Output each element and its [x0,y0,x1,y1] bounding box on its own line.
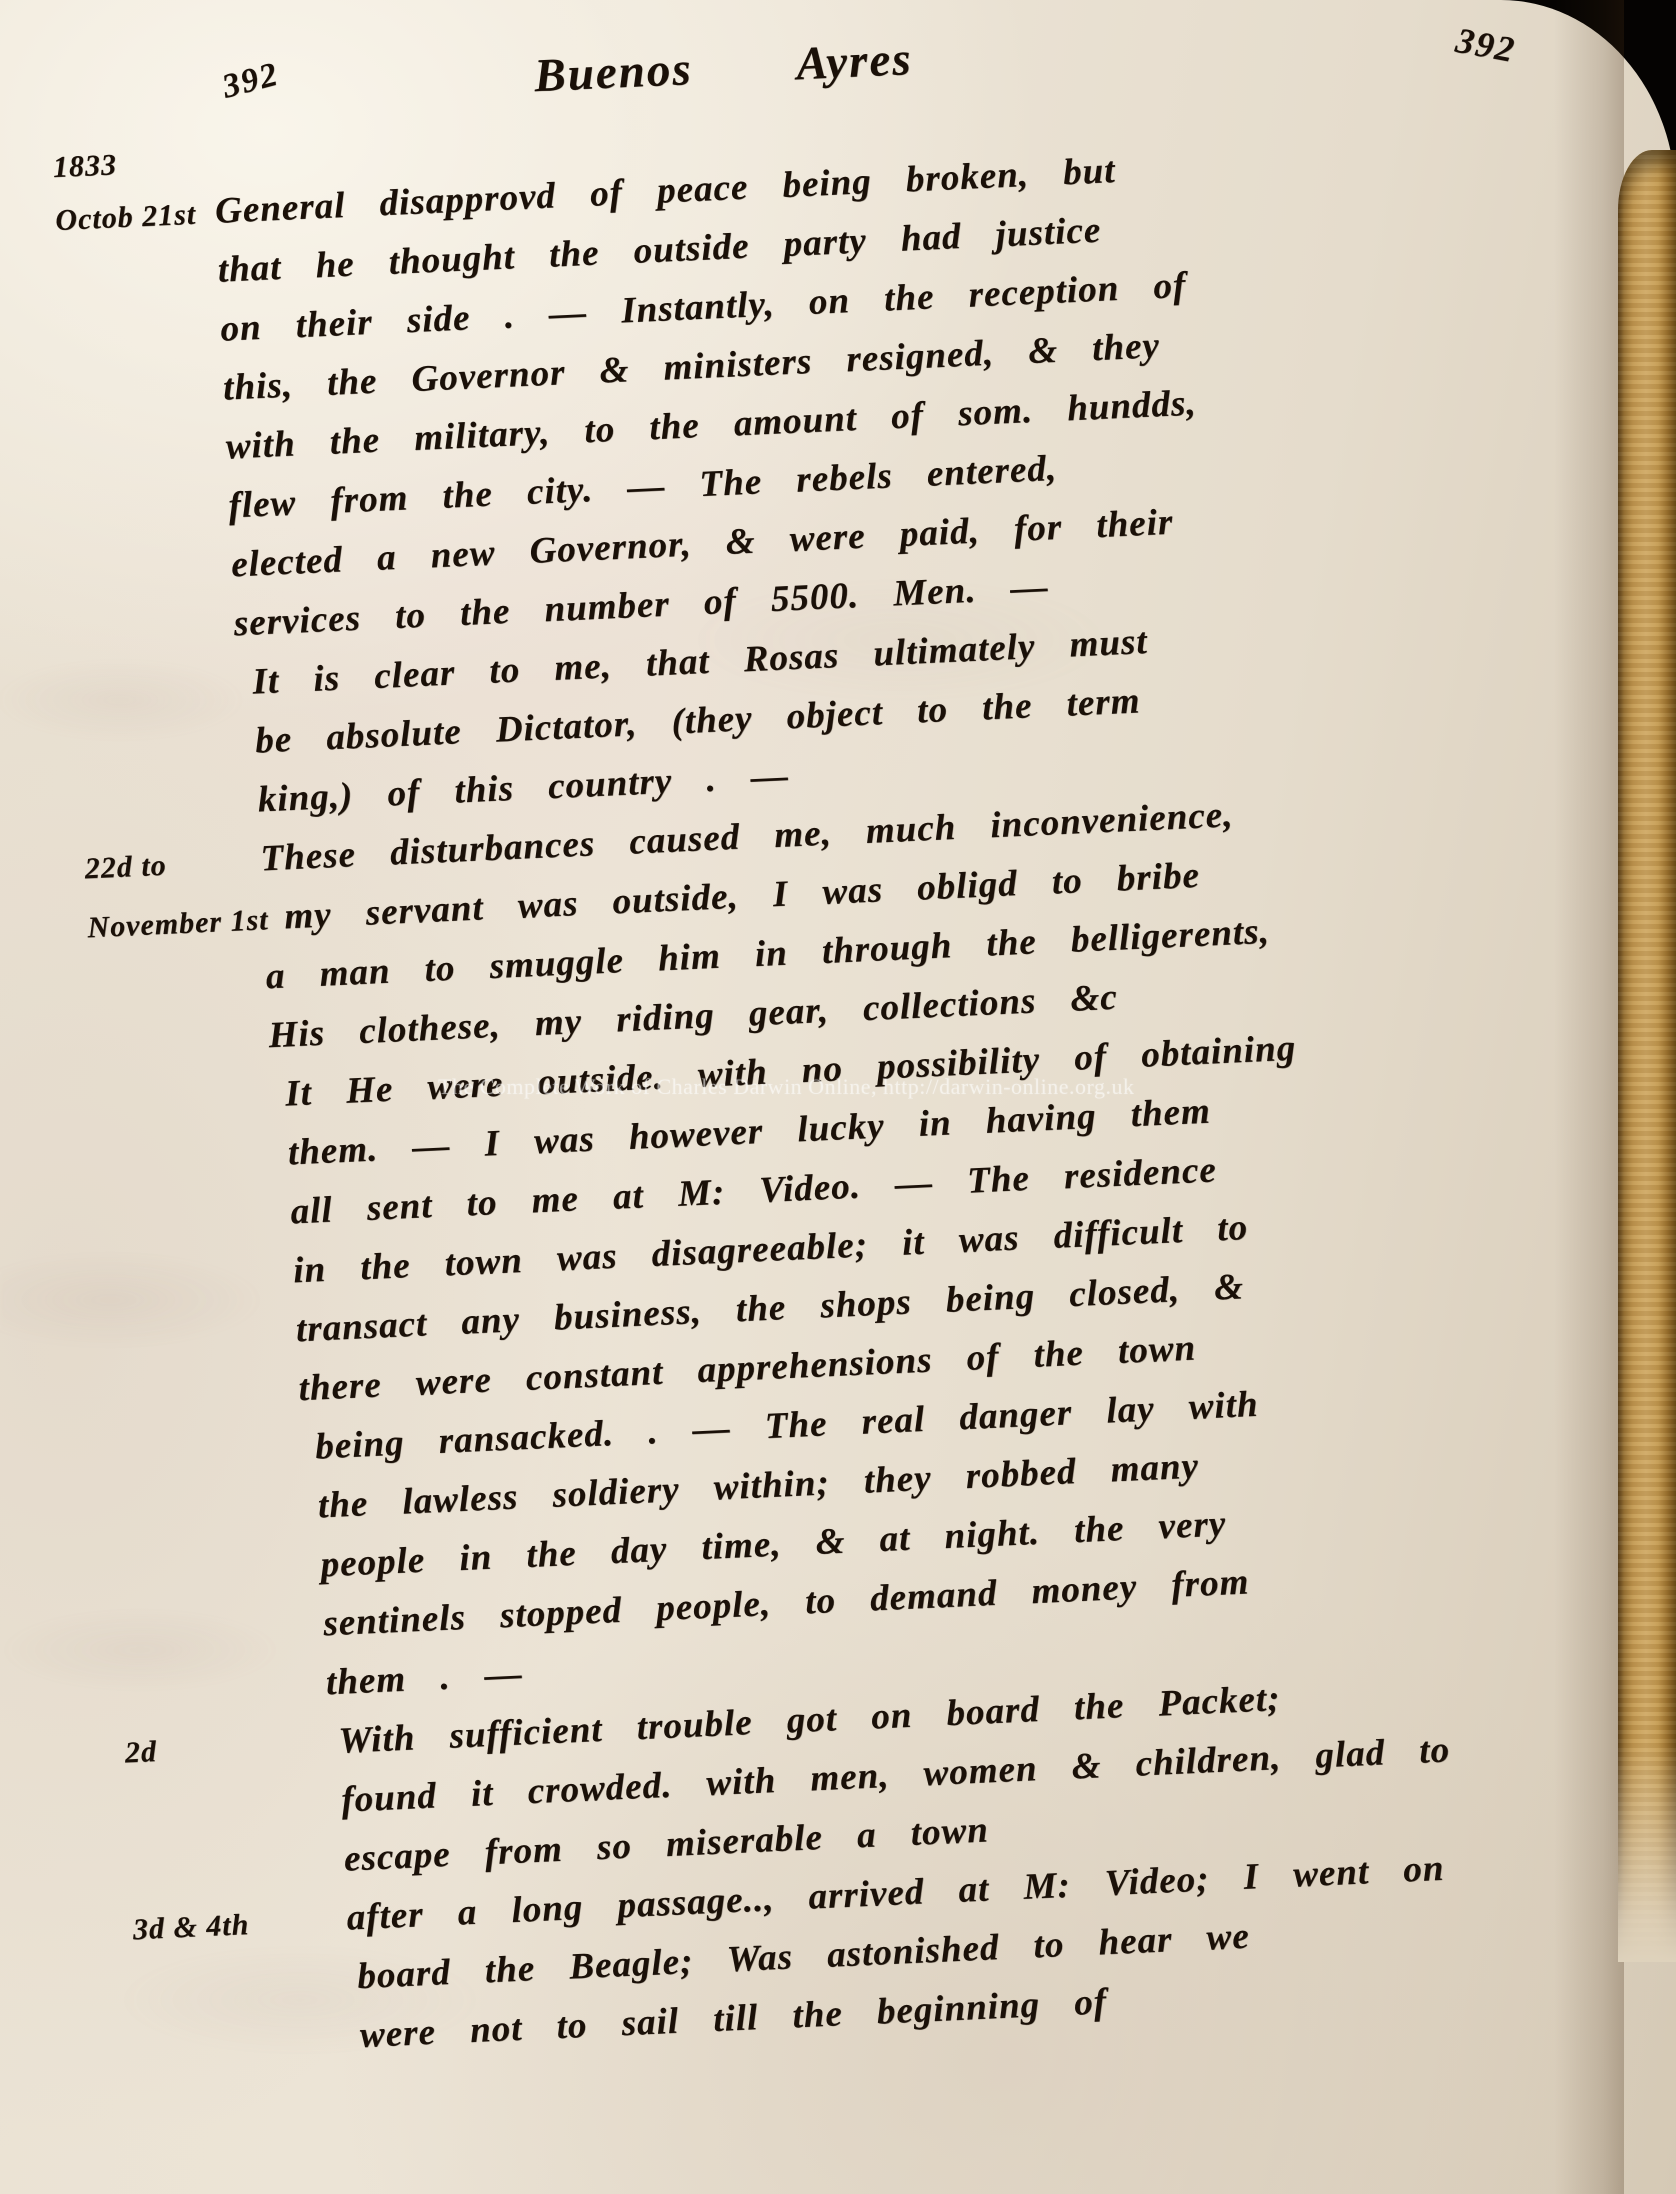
manuscript-photo: 392 Buenos Ayres 392 1833 Octob 21st Gen… [0,0,1676,2194]
margin-date [9,400,224,410]
margin-date [6,341,221,351]
margin-date [14,518,229,528]
margin-date [4,282,219,292]
margin-date: 22d to [29,845,245,889]
margin-date [12,459,227,469]
margin-date: 2d [69,1729,285,1773]
margin-date [36,989,251,999]
page-title: Buenos Ayres [533,32,914,103]
margin-date [44,1166,259,1176]
margin-date [54,1402,269,1412]
margin-date [73,1814,288,1824]
margin-date [52,1343,267,1353]
manuscript-content: 392 Buenos Ayres 392 1833 Octob 21st Gen… [0,0,1653,2086]
margin-date [49,1284,264,1294]
margin-date: Octob 21st [0,197,216,241]
margin-date [41,1107,256,1117]
margin-date [17,576,232,586]
margin-date [25,753,240,763]
page-number-left: 392 [218,56,283,107]
margin-date [76,1873,291,1883]
margin-date: 3d & 4th [77,1906,293,1950]
darwin-online-watermark: The Complete Work of Charles Darwin Onli… [438,1074,1134,1100]
margin-date [65,1637,280,1647]
margin-date [60,1520,275,1530]
margin-date [84,2050,299,2060]
margin-date [57,1461,272,1471]
margin-date [38,1048,253,1058]
margin-date [62,1578,277,1588]
margin-date [28,812,243,822]
margin-date: November 1st [32,903,269,948]
margin-date [22,694,237,704]
margin-date [20,635,235,645]
margin-date [68,1696,283,1706]
margin-date [81,1991,296,2001]
page-number-right: 392 [1453,19,1520,71]
margin-date [46,1225,261,1235]
